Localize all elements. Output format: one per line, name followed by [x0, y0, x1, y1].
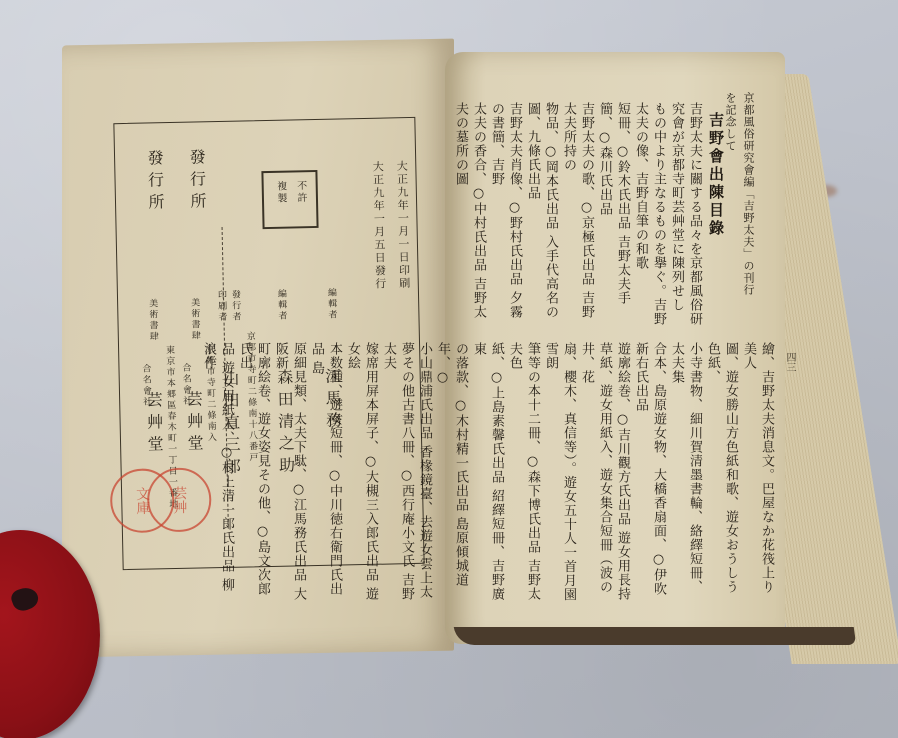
no-reproduction-badge: 不許 複製 [261, 170, 318, 229]
catalogue-title: 吉野會出陳目錄 [706, 112, 727, 238]
badge-line-1: 不許 [293, 180, 308, 204]
open-book: 大正九年一月一日印刷 大正九年一月五日發行 不許 複製 編輯者 江馬務 編輯者 … [0, 0, 898, 738]
issuer-1-type: 美術書肆 [188, 297, 202, 341]
page-number: 四三 [782, 352, 797, 372]
publisher-label: 發行者 [229, 290, 243, 323]
badge-line-2: 複製 [273, 181, 288, 205]
right-page: 京都風俗研究會編「吉野太夫」の刊行を記念して 吉野會出陳目錄 吉野太夫に關する品… [445, 52, 785, 644]
editor-label: 編輯者 [325, 288, 339, 321]
lower-text-block: 繪、吉野太夫消息文。巴屋なか花筏上り美人 圖、遊女勝山方色紙和歌、遊女おうしう色… [199, 342, 775, 602]
issuer-2-label: 發行所 [143, 149, 167, 215]
book-cover-edge [454, 627, 857, 645]
issuer-1-label: 發行所 [185, 148, 209, 214]
printer-label: 印刷者 [215, 290, 229, 323]
print-date: 大正九年一月一日印刷 [393, 160, 412, 290]
right-page-block: 京都風俗研究會編「吉野太夫」の刊行を記念して 吉野會出陳目錄 吉野太夫に關する品… [445, 52, 870, 662]
compiler-label: 編輯者 [275, 289, 289, 322]
issuer-2-type: 美術書肆 [146, 298, 160, 342]
upper-text-block: 吉野太夫に關する品々を京都風俗研究會が京都寺町芸艸堂に陳列せし もの中より主なる… [451, 102, 703, 332]
publish-date: 大正九年一月五日發行 [369, 161, 388, 291]
issuer-2-name: 芸艸堂 [142, 391, 166, 457]
